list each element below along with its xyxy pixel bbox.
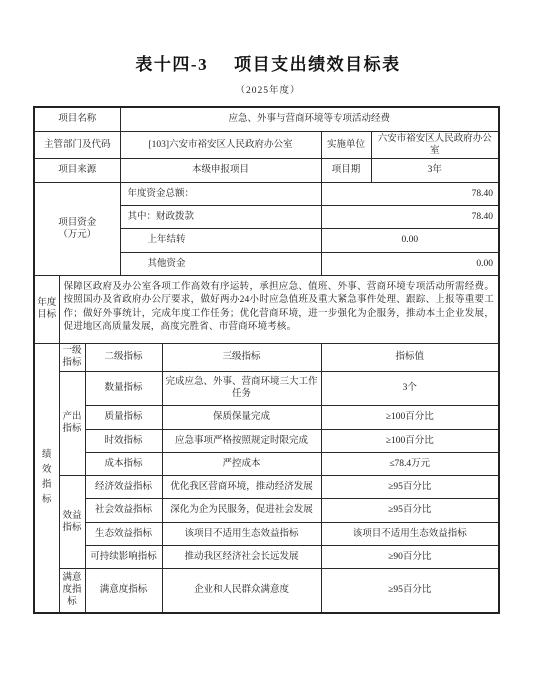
funds-fiscal-value: 78.40 — [321, 205, 499, 228]
indicators-section-label: 绩 效 指 标 — [34, 343, 59, 613]
funds-total-label: 年度资金总额： — [120, 182, 321, 205]
ecological-level3: 该项目不适用生态效益指标 — [162, 522, 321, 545]
dept-label: 主管部门及代码 — [34, 131, 120, 158]
impl-unit-value: 六安市裕安区人民政府办公室 — [371, 131, 499, 158]
row-economic-benefit: 效益 指标 经济效益指标 优化我区营商环境，推动经济发展 ≥95百分比 — [34, 475, 499, 498]
header-level1: 一级 指标 — [59, 343, 85, 371]
cost-level2: 成本指标 — [85, 452, 162, 475]
funds-fiscal-label: 其中：财政拨款 — [120, 205, 321, 228]
table-title: 项目支出绩效目标表 — [234, 55, 401, 74]
header-level3: 三级指标 — [162, 343, 321, 371]
social-value: ≥95百分比 — [321, 498, 499, 522]
table-number: 表十四-3 — [135, 55, 208, 74]
row-source: 项目来源 本级申报项目 项目期 3年 — [34, 158, 499, 182]
impl-unit-label: 实施单位 — [321, 131, 371, 158]
group-output-label: 产出 指标 — [59, 371, 85, 475]
row-quality-indicator: 质量指标 保质保量完成 ≥100百分比 — [34, 405, 499, 429]
quantity-value: 3个 — [321, 371, 499, 405]
dept-value: [103]六安市裕安区人民政府办公室 — [120, 131, 321, 158]
cost-level3: 严控成本 — [162, 452, 321, 475]
quantity-level2: 数量指标 — [85, 371, 162, 405]
group-benefit-label: 效益 指标 — [59, 475, 85, 568]
row-sustainability: 可持续影响指标 推动我区经济社会长远发展 ≥90百分比 — [34, 545, 499, 568]
satisfaction-level2: 满意度指标 — [85, 568, 162, 613]
timeliness-level3: 应急事项严格按照规定时限完成 — [162, 429, 321, 452]
row-satisfaction: 满意 度指 标 满意度指标 企业和人民群众满意度 ≥95百分比 — [34, 568, 499, 613]
funds-carryover-label: 上年结转 — [120, 228, 321, 252]
row-funds-total: 项目资金 （万元） 年度资金总额： 78.40 — [34, 182, 499, 205]
funds-other-value: 0.00 — [321, 252, 499, 275]
source-value: 本级申报项目 — [120, 158, 321, 182]
economic-value: ≥95百分比 — [321, 475, 499, 498]
row-department: 主管部门及代码 [103]六安市裕安区人民政府办公室 实施单位 六安市裕安区人民… — [34, 131, 499, 158]
social-level3: 深化为企为民服务，促进社会发展 — [162, 498, 321, 522]
annual-goal-label: 年度 目标 — [34, 275, 59, 343]
cost-value: ≤78.4万元 — [321, 452, 499, 475]
period-value: 3年 — [371, 158, 499, 182]
document-header: 表十四-3项目支出绩效目标表 （2025年度） — [0, 0, 536, 96]
quality-value: ≥100百分比 — [321, 405, 499, 429]
annual-goal-text: 保障区政府及办公室各项工作高效有序运转，承担应急、值班、外事、营商环境专项活动所… — [59, 275, 499, 343]
funds-label: 项目资金 （万元） — [34, 182, 120, 275]
page-title: 表十四-3项目支出绩效目标表 — [0, 50, 536, 75]
satisfaction-value: ≥95百分比 — [321, 568, 499, 613]
sustainability-value: ≥90百分比 — [321, 545, 499, 568]
row-timeliness-indicator: 时效指标 应急事项严格按照规定时限完成 ≥100百分比 — [34, 429, 499, 452]
economic-level2: 经济效益指标 — [85, 475, 162, 498]
timeliness-level2: 时效指标 — [85, 429, 162, 452]
performance-target-table: 项目名称 应急、外事与营商环境等专项活动经费 主管部门及代码 [103]六安市裕… — [33, 106, 500, 614]
quality-level2: 质量指标 — [85, 405, 162, 429]
funds-other-label: 其他资金 — [120, 252, 321, 275]
project-name-label: 项目名称 — [34, 107, 120, 131]
header-value: 指标值 — [321, 343, 499, 371]
ecological-level2: 生态效益指标 — [85, 522, 162, 545]
sustainability-level2: 可持续影响指标 — [85, 545, 162, 568]
timeliness-value: ≥100百分比 — [321, 429, 499, 452]
ecological-value: 该项目不适用生态效益指标 — [321, 522, 499, 545]
row-quantity-indicator: 产出 指标 数量指标 完成应急、外事、营商环境三大工作任务 3个 — [34, 371, 499, 405]
quality-level3: 保质保量完成 — [162, 405, 321, 429]
source-label: 项目来源 — [34, 158, 120, 182]
page-subtitle: （2025年度） — [0, 82, 536, 96]
row-indicator-headers: 绩 效 指 标 一级 指标 二级指标 三级指标 指标值 — [34, 343, 499, 371]
project-name-value: 应急、外事与营商环境等专项活动经费 — [120, 107, 499, 131]
group-satisfaction-label: 满意 度指 标 — [59, 568, 85, 613]
social-level2: 社会效益指标 — [85, 498, 162, 522]
economic-level3: 优化我区营商环境，推动经济发展 — [162, 475, 321, 498]
row-social-benefit: 社会效益指标 深化为企为民服务，促进社会发展 ≥95百分比 — [34, 498, 499, 522]
row-project-name: 项目名称 应急、外事与营商环境等专项活动经费 — [34, 107, 499, 131]
funds-total-value: 78.40 — [321, 182, 499, 205]
funds-carryover-value: 0.00 — [321, 228, 499, 252]
row-annual-goal: 年度 目标 保障区政府及办公室各项工作高效有序运转，承担应急、值班、外事、营商环… — [34, 275, 499, 343]
row-cost-indicator: 成本指标 严控成本 ≤78.4万元 — [34, 452, 499, 475]
satisfaction-level3: 企业和人民群众满意度 — [162, 568, 321, 613]
row-ecological-benefit: 生态效益指标 该项目不适用生态效益指标 该项目不适用生态效益指标 — [34, 522, 499, 545]
quantity-level3: 完成应急、外事、营商环境三大工作任务 — [162, 371, 321, 405]
sustainability-level3: 推动我区经济社会长远发展 — [162, 545, 321, 568]
header-level2: 二级指标 — [85, 343, 162, 371]
period-label: 项目期 — [321, 158, 371, 182]
